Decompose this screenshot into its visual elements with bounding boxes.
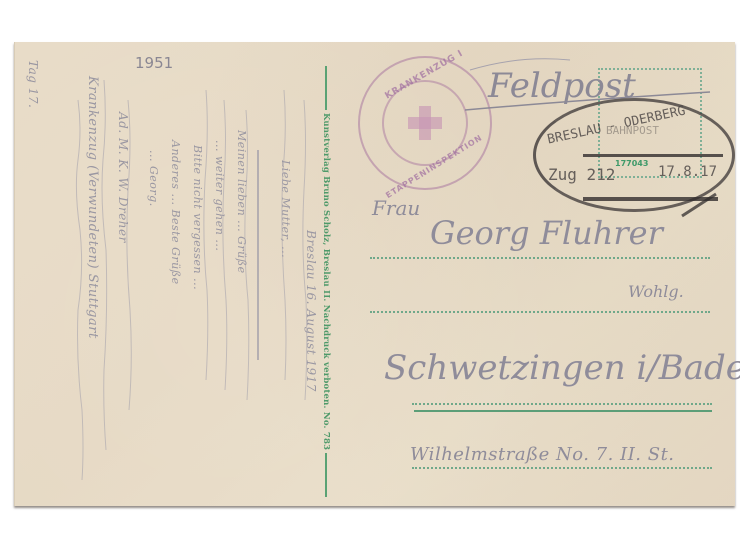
address-line-3 [412,403,712,405]
publisher-imprint-text: Kunstverlag Bruno Scholz, Breslau II. Na… [321,113,331,450]
address-line-1 [370,257,710,259]
message-handwriting [20,60,340,500]
postmark-slash [680,190,720,220]
address-street: Wilhelmstraße No. 7. II. St. [410,444,675,465]
address-city: Schwetzingen i/Baden [384,348,740,388]
address-name: Georg Fluhrer [430,214,663,252]
postmark-date: 17.8.17 [658,164,717,180]
red-cross-icon [408,106,442,140]
address-city-underline [414,410,712,412]
address-salutation: Frau [372,196,420,220]
address-line-4 [412,467,712,469]
imprint-rule [326,453,328,497]
postmark-train: Zug 212 [548,165,615,184]
postmark-bar [583,154,723,157]
postmark-middle-text: BAHNPOST [606,124,659,137]
address-title: Wohlg. [628,282,684,301]
publisher-imprint: Kunstverlag Bruno Scholz, Breslau II. Na… [321,63,331,500]
address-line-2 [370,311,710,313]
imprint-rule [326,66,328,110]
